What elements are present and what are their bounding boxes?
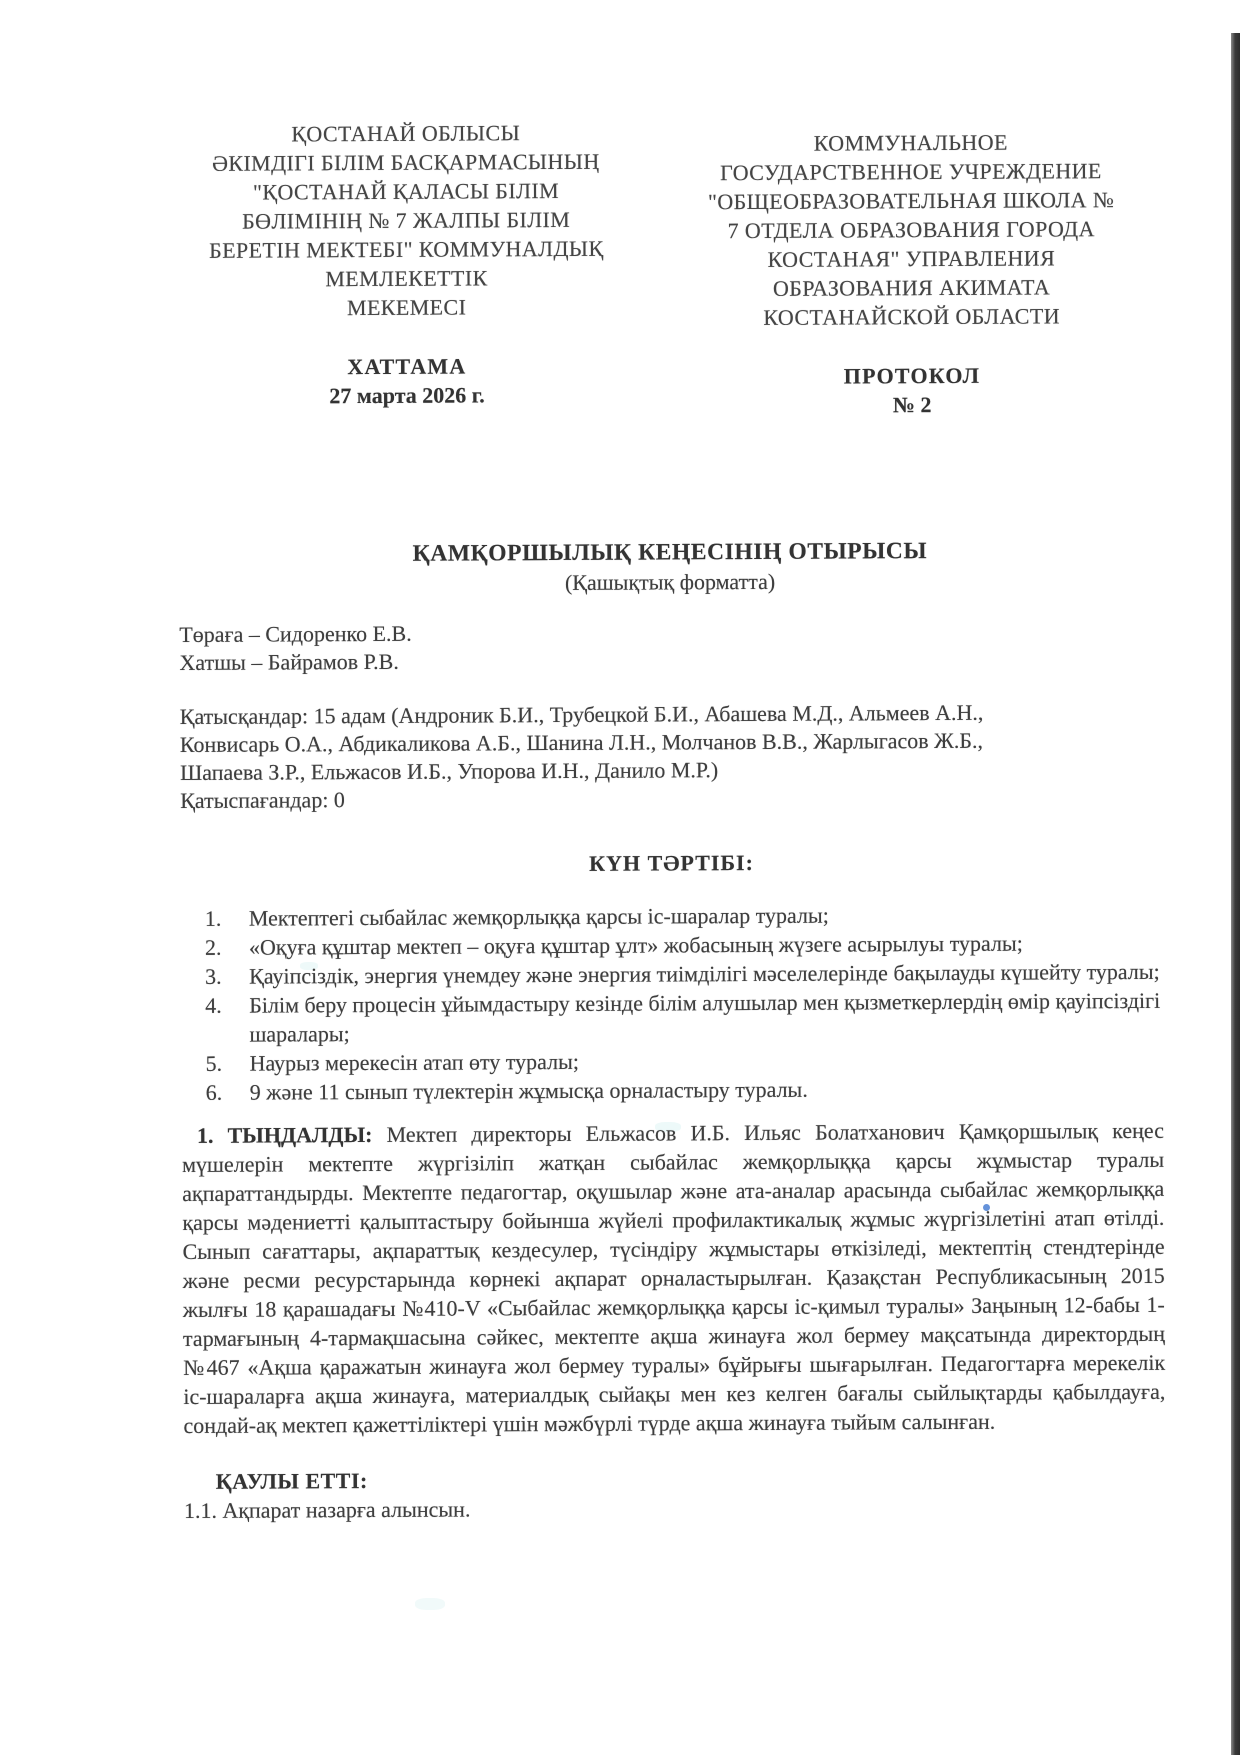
letterhead: ҚОСТАНАЙ ОБЛЫСЫ ӘКІМДІГІ БІЛІМ БАСҚАРМАС… <box>177 115 1161 423</box>
org-name-kazakh: ҚОСТАНАЙ ОБЛЫСЫ ӘКІМДІГІ БІЛІМ БАСҚАРМАС… <box>177 118 636 323</box>
heard-label: 1. ТЫҢДАЛДЫ: <box>197 1122 373 1148</box>
attendees-line: Қатысқандар: 15 адам (Андроник Б.И., Тру… <box>180 698 1162 787</box>
doc-type-russian: ПРОТОКОЛ <box>664 360 1160 392</box>
meeting-format: (Қашықтық форматта) <box>179 565 1161 599</box>
absent-line: Қатыспағандар: 0 <box>180 782 1162 815</box>
document-content: ҚОСТАНАЙ ОБЛЫСЫ ӘКІМДІГІ БІЛІМ БАСҚАРМАС… <box>176 0 1166 1525</box>
document-page: ҚОСТАНАЙ ОБЛЫСЫ ӘКІМДІГІ БІЛІМ БАСҚАРМАС… <box>0 0 1240 1755</box>
doc-type-kazakh: ХАТТАМА <box>178 351 636 382</box>
section-1-heard: 1. ТЫҢДАЛДЫ: Мектеп директоры Ельжасов И… <box>182 1116 1166 1440</box>
resolution-item: 1.1. Ақпарат назарға алынсын. <box>184 1491 1166 1525</box>
org-name-russian: КОММУНАЛЬНОЕ ГОСУДАРСТВЕННОЕ УЧРЕЖДЕНИЕ … <box>663 127 1160 333</box>
doc-number: № 2 <box>664 389 1160 421</box>
agenda-heading: КҮН ТӘРТІБІ: <box>180 846 1162 880</box>
agenda-list: Мектептегі сыбайлас жемқорлыққа қарсы іс… <box>181 899 1164 1107</box>
scan-speck <box>415 1598 445 1610</box>
heard-text: Мектеп директоры Ельжасов И.Б. Ильяс Бол… <box>182 1118 1165 1438</box>
letterhead-kazakh: ҚОСТАНАЙ ОБЛЫСЫ ӘКІМДІГІ БІЛІМ БАСҚАРМАС… <box>177 118 637 423</box>
letterhead-russian: КОММУНАЛЬНОЕ ГОСУДАРСТВЕННОЕ УЧРЕЖДЕНИЕ … <box>663 115 1161 421</box>
doc-date: 27 марта 2026 г. <box>178 380 636 411</box>
secretary-line: Хатшы – Байрамов Р.В. <box>179 644 1161 677</box>
agenda-item: Білім беру процесін ұйымдастыру кезінде … <box>249 986 1163 1049</box>
scan-edge-bar <box>1231 33 1240 1755</box>
agenda-item: Наурыз мерекесін атап өту туралы; <box>249 1044 1163 1078</box>
agenda-item: 9 және 11 сынып түлектерін жұмысқа орнал… <box>250 1073 1164 1107</box>
